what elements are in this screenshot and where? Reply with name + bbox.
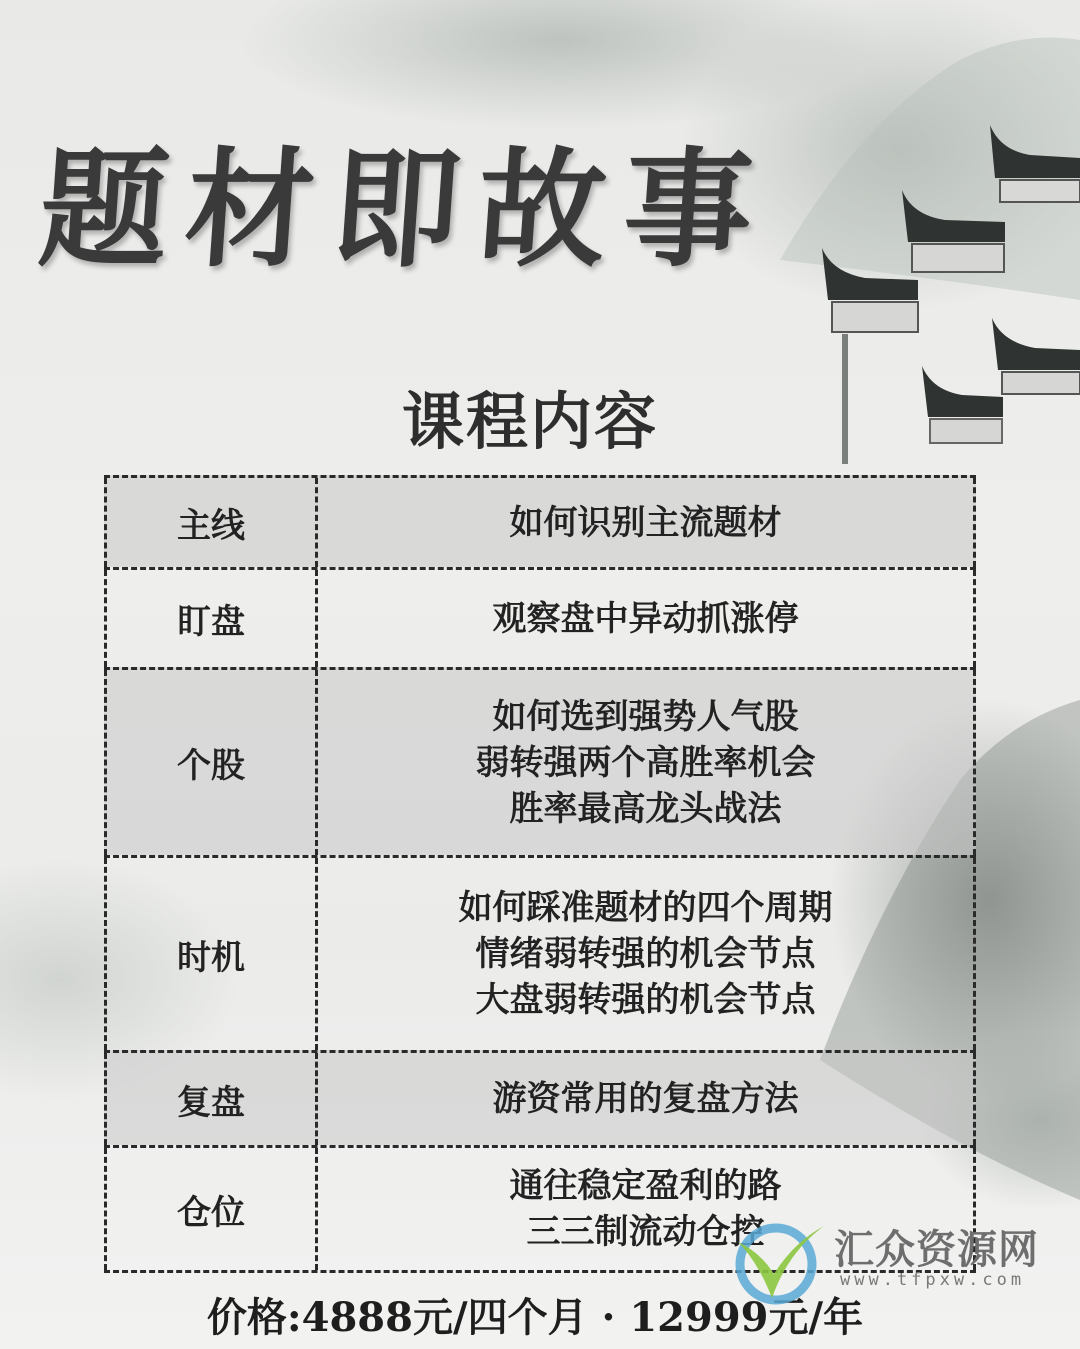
table-row: 主线 如何识别主流题材 (104, 475, 976, 567)
topic-cell: 主线 (104, 478, 318, 567)
content-cell: 游资常用的复盘方法 (318, 1053, 976, 1145)
table-row: 个股 如何选到强势人气股 弱转强两个高胜率机会 胜率最高龙头战法 (104, 667, 976, 855)
title-char: 事 (620, 146, 757, 274)
content-line: 如何识别主流题材 (510, 500, 782, 546)
topic-cell: 仓位 (104, 1148, 318, 1270)
content-line: 弱转强两个高胜率机会 (476, 740, 816, 786)
watermark-name: 汇众资源网 (834, 1218, 1039, 1275)
section-heading-text: 课程内容 (402, 372, 658, 461)
main-title: 题 材 即 故 事 (40, 130, 840, 290)
content-cell: 观察盘中异动抓涨停 (318, 570, 976, 667)
watermark: 汇众资源网 www.tfpxw.com (728, 1206, 1048, 1306)
course-content-table: 主线 如何识别主流题材 盯盘 观察盘中异动抓涨停 个股 如何选到强势人气股 弱转… (104, 475, 976, 1273)
content-line: 通往稳定盈利的路 (510, 1163, 782, 1209)
topic-cell: 复盘 (104, 1053, 318, 1145)
topic-cell: 个股 (104, 670, 318, 855)
checkmark-leaf-circle-icon (728, 1212, 828, 1312)
table-row: 盯盘 观察盘中异动抓涨停 (104, 567, 976, 667)
content-line: 观察盘中异动抓涨停 (493, 596, 799, 642)
title-char: 故 (474, 146, 611, 274)
title-char: 即 (328, 146, 465, 274)
content-cell: 如何识别主流题材 (318, 478, 976, 567)
content-cell: 如何踩准题材的四个周期 情绪弱转强的机会节点 大盘弱转强的机会节点 (318, 858, 976, 1050)
title-char: 题 (36, 146, 173, 274)
table-row: 复盘 游资常用的复盘方法 (104, 1050, 976, 1145)
content-cell: 如何选到强势人气股 弱转强两个高胜率机会 胜率最高龙头战法 (318, 670, 976, 855)
table-row: 时机 如何踩准题材的四个周期 情绪弱转强的机会节点 大盘弱转强的机会节点 (104, 855, 976, 1050)
watermark-url: www.tfpxw.com (840, 1270, 1025, 1290)
content-line: 情绪弱转强的机会节点 (476, 931, 816, 977)
title-char: 材 (182, 146, 319, 274)
topic-cell: 盯盘 (104, 570, 318, 667)
section-heading: 课程内容 (0, 372, 1080, 461)
topic-cell: 时机 (104, 858, 318, 1050)
content-line: 游资常用的复盘方法 (493, 1076, 799, 1122)
content-line: 胜率最高龙头战法 (510, 786, 782, 832)
content-line: 如何选到强势人气股 (493, 694, 799, 740)
content-line: 如何踩准题材的四个周期 (459, 885, 833, 931)
content-line: 大盘弱转强的机会节点 (476, 977, 816, 1023)
